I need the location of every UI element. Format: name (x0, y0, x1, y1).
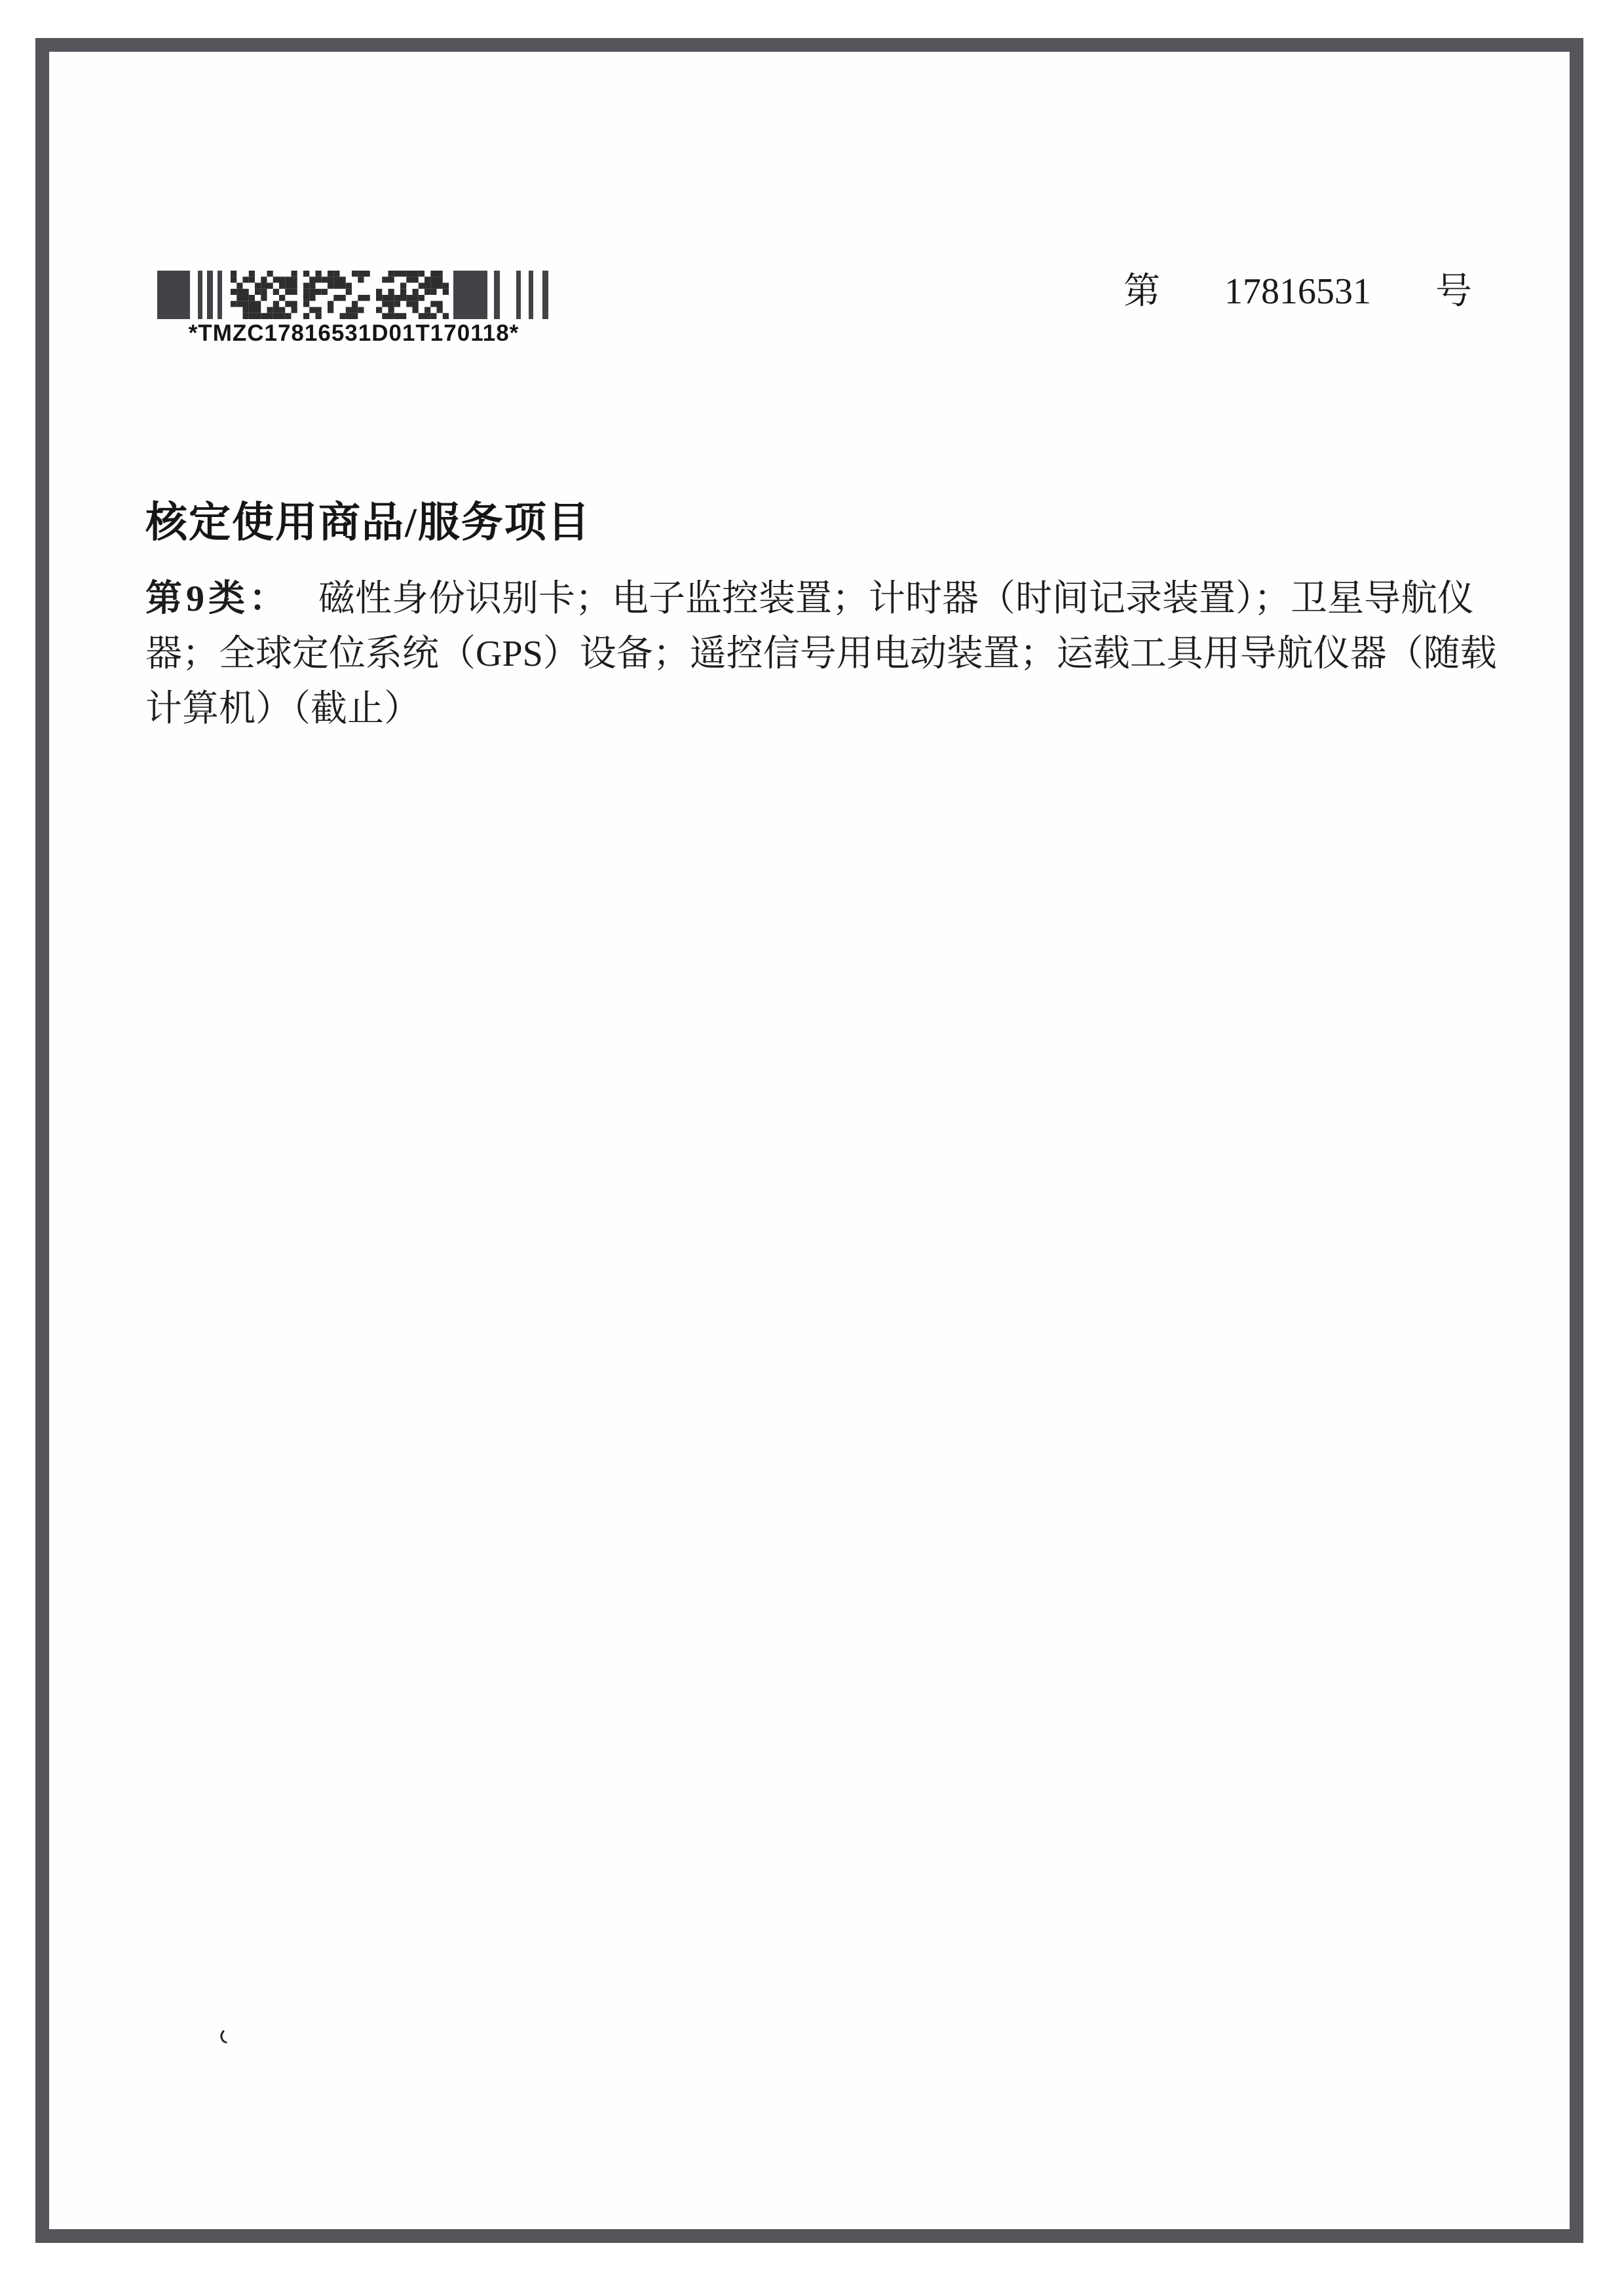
goods-line: 第9类：磁性身份识别卡；电子监控装置；计时器（时间记录装置）；卫星导航仪 (145, 571, 1501, 626)
goods-line: 器；全球定位系统（GPS）设备；遥控信号用电动装置；运载工具用导航仪器（随载 (145, 626, 1501, 681)
goods-line: 计算机）（截止） (145, 681, 1501, 737)
ink-speck (217, 2030, 229, 2044)
goods-line-text: 磁性身份识别卡；电子监控装置；计时器（时间记录装置）；卫星导航仪 (318, 579, 1474, 619)
barcode: *TMZC17816531D01T170118* (157, 271, 550, 347)
certificate-number-value: 17816531 (1224, 271, 1371, 313)
goods-description: 第9类：磁性身份识别卡；电子监控装置；计时器（时间记录装置）；卫星导航仪 器；全… (145, 571, 1501, 737)
page-border-frame (35, 38, 1583, 2243)
goods-class-label: 第9类： (145, 579, 290, 619)
section-heading: 核定使用商品/服务项目 (145, 498, 591, 548)
certificate-number: 第 17816531 号 (1124, 271, 1472, 313)
barcode-image (157, 271, 550, 319)
certificate-number-prefix: 第 (1124, 271, 1160, 313)
barcode-caption: *TMZC17816531D01T170118* (157, 320, 550, 347)
ink-speck-mark (217, 2030, 229, 2044)
certificate-number-suffix: 号 (1435, 271, 1472, 313)
